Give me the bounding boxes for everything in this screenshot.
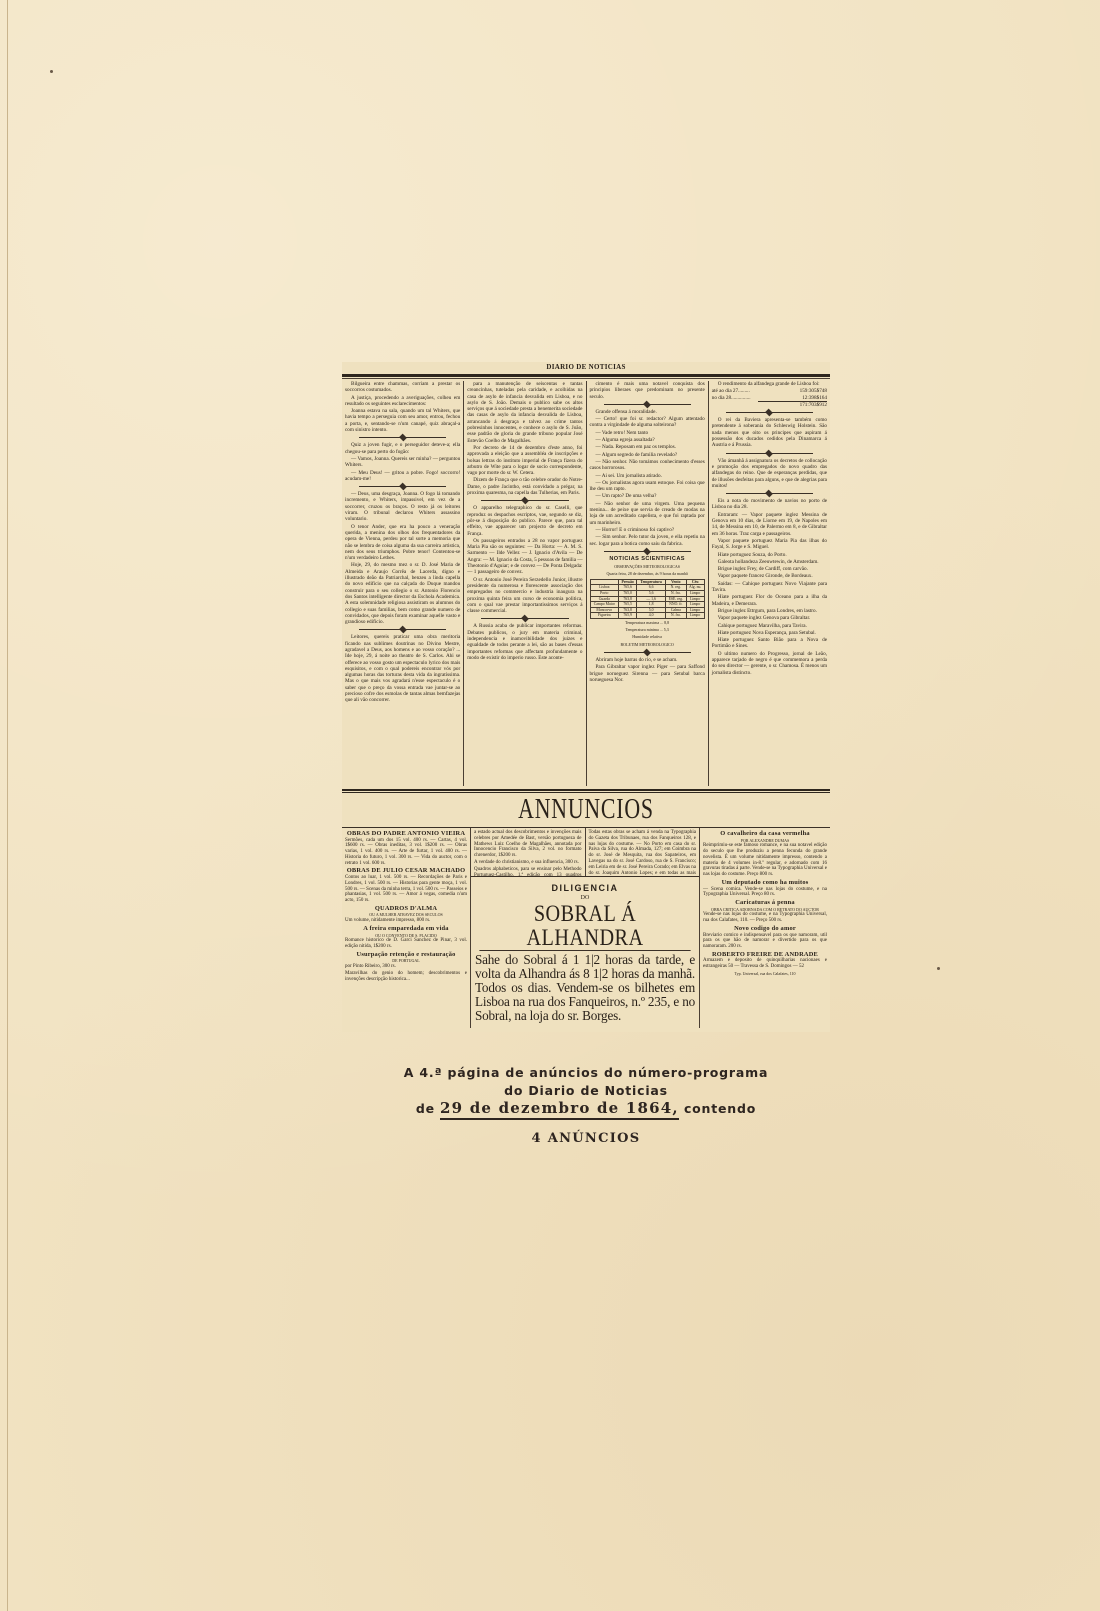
news-column-3: cimento é mais uma notavel conquista dos… — [587, 381, 709, 786]
ad-head: QUADROS D'ALMA — [345, 905, 467, 913]
article-paragraph: — Não senhor. Não tomámos conhecimento d… — [590, 459, 705, 472]
diligence-body: Sahe do Sobral á 1 1|2 horas da tarde, e… — [475, 953, 695, 1023]
article-paragraph: Leitores, quereis praticar uma obra meri… — [345, 634, 460, 703]
article-paragraph: — Certo! que foi sr. redactor? Algum att… — [590, 416, 705, 429]
caption-suffix: contendo — [684, 1101, 756, 1116]
article-paragraph: Galeota hollandeza Zeeuwtewin, de Amster… — [712, 559, 827, 565]
article-paragraph: Abriram hoje barras do rio, e se acham. — [590, 657, 705, 663]
ornament-divider — [604, 551, 691, 552]
masthead: DIARIO DE NOTICIAS — [342, 362, 830, 372]
article-paragraph: Hiate portuguez Souza, do Porto. — [712, 552, 827, 558]
masthead-rule — [342, 374, 830, 377]
article-paragraph: Grande offensa á moralidade. — [590, 409, 705, 415]
article-paragraph: Os passageiros entrados a 28 no vapor po… — [467, 538, 582, 576]
ornament-divider — [726, 493, 813, 494]
news-column-4: O rendimento da alfandega grande de Lisb… — [709, 381, 830, 786]
ad-body: Vende-se nas lojas do costume, e na Typo… — [703, 912, 827, 924]
meteo-note: Temperatura minima ... 5,3 — [590, 627, 705, 633]
article-paragraph: Vão ámanhã á assignatura os decretos de … — [712, 458, 827, 489]
article-paragraph: — Um rapto? De uma velha? — [590, 493, 705, 499]
table-header: Temperatura — [637, 579, 666, 585]
ads-title: ANNUNCIOS — [396, 795, 777, 825]
meteo-note: Humidade relativa — [590, 634, 705, 640]
article-paragraph: Joanna estava na sala, quando um tal Whi… — [345, 408, 460, 433]
ad-body: Reimprimiu-se este famoso romance, e na … — [703, 843, 827, 878]
caption-ad-count: 4 ANÚNCIOS — [342, 1131, 830, 1146]
ornament-divider — [604, 652, 691, 653]
caption-line-2: do Diario de Noticias — [342, 1083, 830, 1098]
article-paragraph: Para Gibraltar vapor inglez Piger — para… — [590, 664, 705, 683]
ads-center-top: a estado actual dos descobrimentos e inv… — [471, 828, 699, 877]
article-paragraph: A Russia acaba de publicar importantes r… — [467, 623, 582, 661]
article-paragraph: — Ai sei. Um jornalista atirado. — [590, 473, 705, 479]
news-column-2: para a manutenção de seiscentas e tantas… — [464, 381, 586, 786]
ads-center-top-right: Todas estas obras se acham á venda na Ty… — [586, 828, 700, 876]
paper-speck — [50, 70, 53, 73]
article-paragraph: cimento é mais uma notavel conquista dos… — [590, 381, 705, 400]
table-cell: Campo Maior — [590, 602, 619, 608]
article-paragraph: Cahique portuguez Maravilha, para Tavira… — [712, 623, 827, 629]
article-paragraph: O ultimo numero do Progresso, jornal de … — [712, 651, 827, 676]
ads-right-column: O cavalheiro da casa vermelhaPOR ALEXAND… — [700, 828, 830, 1028]
section-divider — [342, 789, 830, 793]
article-paragraph: O rei da Baviera apresenta-se também com… — [712, 417, 827, 448]
ad-head: O cavalheiro da casa vermelha — [703, 830, 827, 838]
ad-head: ROBERTO FREIRE DE ANDRADE — [703, 951, 827, 959]
article-paragraph: — Meu Deus! — gritou a pobre. Fogo! socc… — [345, 470, 460, 483]
meteo-note: Temperatura maxima ... 8,8 — [590, 620, 705, 626]
diligence-ad: DILIGENCIA DO SOBRAL Á ALHANDRA Sahe do … — [471, 877, 699, 1025]
table-cell: 765,9 — [619, 613, 637, 619]
ads-center-top-left: a estado actual dos descobrimentos e inv… — [471, 828, 586, 876]
diligence-title: DILIGENCIA — [475, 883, 695, 893]
article-paragraph: — Sim senhor. Pelo tutor da joven, e ell… — [590, 534, 705, 547]
ad-body: Quadros alphabeticos, para se ensinar pe… — [474, 867, 582, 876]
ornament-divider — [481, 500, 568, 501]
ad-body: Maravilhas do genio do homem; descobrime… — [345, 971, 467, 983]
ornament-divider — [359, 629, 446, 630]
article-paragraph: Vapor paquete francez Gironde, de Bordea… — [712, 573, 827, 579]
article-paragraph: Saídas: — Cahique portuguez Novo Viajant… — [712, 581, 827, 594]
article-paragraph: Por decreto de 14 de dezembro d'este ann… — [467, 445, 582, 476]
table-cell: Figueira — [590, 613, 619, 619]
section-title: NOTICIAS SCIENTIFICAS — [590, 556, 705, 562]
ads-center-column: a estado actual dos descobrimentos e inv… — [471, 828, 700, 1028]
table-cell: ESE. reg. — [666, 596, 687, 602]
ad-body: Romance historico de D. Garci Sanchez de… — [345, 938, 467, 950]
diligence-route: SOBRAL Á ALHANDRA — [479, 902, 690, 951]
ad-head: Um deputado como ha muitos — [703, 879, 827, 887]
article-paragraph: — Horror! E o criminoso foi captivo? — [590, 527, 705, 533]
ad-body: Contos ao luar, 1 vol. 500 rs. — Recorda… — [345, 875, 467, 904]
ads-left-column: OBRAS DO PADRE ANTONIO VIEIRASermões, ca… — [342, 828, 471, 1028]
ornament-divider — [726, 412, 813, 413]
meteo-table: PressãoTemperaturaVentoCéuLisboa765,66,6… — [590, 579, 705, 619]
ad-body: a estado actual dos descobrimentos e inv… — [474, 830, 582, 859]
ornament-divider — [359, 437, 446, 438]
article-paragraph: Hiate portuguez Flor do Oceano para a il… — [712, 594, 827, 607]
caption-line-3: de 29 de dezembro de 1864, contendo — [342, 1099, 830, 1117]
article-paragraph: Vapor paquete portuguez Maria Pia das il… — [712, 538, 827, 551]
table-cell: 4,0 — [637, 613, 666, 619]
ad-body: Armazem e deposito de quinquilharias nac… — [703, 958, 827, 970]
article-paragraph: Vapor paquete inglez Genova para Gibralt… — [712, 615, 827, 621]
article-paragraph: — Algum segredo de familia revelado? — [590, 452, 705, 458]
ad-head: OBRAS DE JULIO CESAR MACHADO — [345, 867, 467, 875]
article-paragraph: Quiz a joven fugir, e o perseguidor dete… — [345, 442, 460, 455]
article-paragraph: Entraram: — Vapor paquete inglez Messina… — [712, 512, 827, 537]
ornament-divider — [481, 618, 568, 619]
article-paragraph: — Deus, uma desgraça, Joanna. O fogo lá … — [345, 491, 460, 522]
caption-line-1: A 4.ª página de anúncios do número-progr… — [342, 1065, 830, 1080]
table-cell: Limpo — [686, 613, 704, 619]
article-paragraph: — Os jornalistas agora usam estoque. Foi… — [590, 480, 705, 493]
page-edge-line — [7, 0, 8, 1611]
news-column-1: Bilgueira entre chammas, corriam a prest… — [342, 381, 464, 786]
article-paragraph: Dizem de França que o tão celebre orador… — [467, 477, 582, 496]
table-header: Pressão — [619, 579, 637, 585]
ornament-divider — [359, 486, 446, 487]
article-paragraph: — Vade retro! Nem tanto — [590, 430, 705, 436]
ad-head: Usurpação retenção e restauração — [345, 951, 467, 959]
ad-head: Novo codigo do amor — [703, 925, 827, 933]
ad-body: — Scena comica. Vende-se nas lojas do co… — [703, 887, 827, 899]
news-columns: Bilgueira entre chammas, corriam a prest… — [342, 381, 830, 786]
ad-head: Caricaturas á penna — [703, 899, 827, 907]
ad-head: OBRAS DO PADRE ANTONIO VIEIRA — [345, 830, 467, 838]
section-subtitle: OBSERVAÇÕES METEOROLOGICAS — [590, 564, 705, 570]
customs-value: 12:398$164 — [802, 395, 827, 401]
ad-body: por Pinto Ribeiro, 300 rs. — [345, 964, 467, 970]
article-paragraph: — Nada. Reposam em paz os templos. — [590, 444, 705, 450]
table-cell: N. fra. — [666, 613, 687, 619]
masthead-rule-thin — [342, 378, 830, 379]
caption-prefix: de — [416, 1101, 435, 1116]
bulletin-title: BOLETIM METEOROLOGICO — [590, 642, 705, 648]
paper-speck — [937, 967, 940, 970]
article-paragraph: O tenor Ander, que era ha pouco a venera… — [345, 524, 460, 562]
article-paragraph: — Vamos, Joanna. Quereis ser minha? — pe… — [345, 456, 460, 469]
ad-body: Todas estas obras se acham á venda na Ty… — [589, 830, 697, 876]
ad-body: Um volume, nitidamente impresso, 800 rs. — [345, 918, 467, 924]
article-paragraph: Eis a nota do movimento de navios no por… — [712, 498, 827, 511]
article-paragraph: Bilgueira entre chammas, corriam a prest… — [345, 381, 460, 394]
section-date: Quarta feira, 28 de dezembro, ás 9 horas… — [590, 571, 705, 577]
article-paragraph: — Não senhor de uma virgem. Uma pequena … — [590, 501, 705, 526]
article-paragraph: — Alguma egreja assaltada? — [590, 437, 705, 443]
article-paragraph: A justiça, procedendo a averiguações, co… — [345, 395, 460, 408]
customs-label: no dia 28............... — [712, 395, 751, 401]
ornament-divider — [726, 453, 813, 454]
ad-body: A verdade do christianismo, e sua influe… — [474, 860, 582, 866]
ad-small: Typ. Universal, rua dos Calafates, 110 — [703, 971, 827, 977]
newspaper-clipping: DIARIO DE NOTICIAS Bilgueira entre chamm… — [342, 362, 830, 1032]
article-paragraph: Hiate portuguez Nova Esperança, para Set… — [712, 630, 827, 636]
table-row: Figueira765,94,0N. fra.Limpo — [590, 613, 704, 619]
ad-body: Sermões, cada um dos 15 vol. 400 rs. — C… — [345, 838, 467, 867]
article-paragraph: O sr. Antonio José Pereira Serzedello Ju… — [467, 577, 582, 615]
article-paragraph: O apparelho telegraphico do sr. Caselli,… — [467, 505, 582, 536]
article-paragraph: Brigue inglez Ettrgum, para Londres, em … — [712, 608, 827, 614]
customs-intro: O rendimento da alfandega grande de Lisb… — [712, 381, 827, 387]
caption-date: 29 de dezembro de 1864, — [440, 1099, 679, 1120]
article-paragraph: Brigue inglez Frey, de Cardiff, com carv… — [712, 566, 827, 572]
ad-head: A freira emparedada em vida — [345, 925, 467, 933]
customs-total: 171:703$912 — [758, 401, 827, 408]
ads-section: OBRAS DO PADRE ANTONIO VIEIRASermões, ca… — [342, 827, 830, 1028]
ad-body: Breviario comico e indispensavel para os… — [703, 933, 827, 950]
article-paragraph: Hoje, 29, do mesmo mez o sr. D. José Mar… — [345, 562, 460, 625]
ornament-divider — [604, 404, 691, 405]
article-paragraph: para a manutenção de seiscentas e tantas… — [467, 381, 582, 444]
article-paragraph: Hiate portuguez Santo Bião para a Nova d… — [712, 637, 827, 650]
